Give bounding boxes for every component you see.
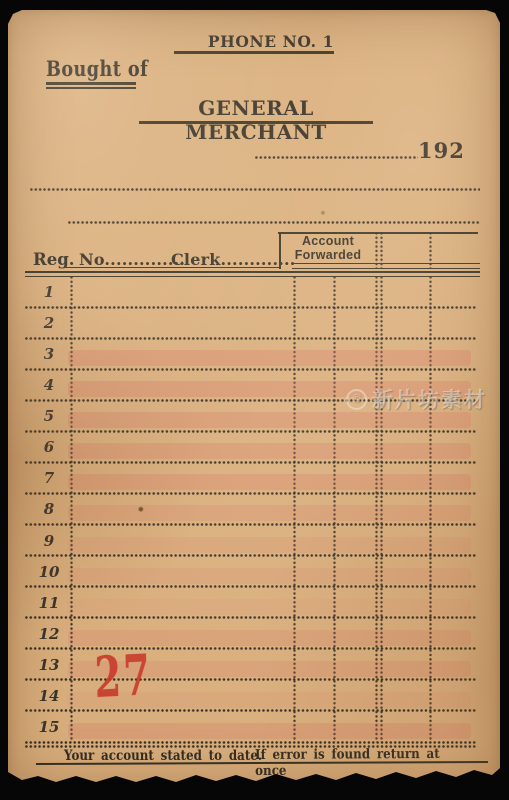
- row-number: 8: [34, 500, 64, 518]
- merchant-title: GENERAL MERCHANT: [136, 96, 376, 144]
- row-number: 1: [34, 283, 64, 301]
- row-separator: [25, 554, 477, 557]
- row-number: 2: [34, 314, 64, 332]
- bought-of-underline-rule: [46, 82, 136, 85]
- row-number: 3: [34, 345, 64, 363]
- row-number: 6: [34, 438, 64, 456]
- merchant-underline-rule: [139, 121, 373, 124]
- row-separator: [25, 461, 477, 464]
- dotted-rule-lower: [68, 221, 480, 225]
- row-tint-band: [68, 350, 471, 366]
- row-tint-band: [68, 474, 471, 490]
- row-tint-band: [68, 537, 471, 553]
- row-number: 4: [34, 376, 64, 394]
- watermark-text: 新片坊素材: [372, 384, 487, 414]
- row-number: 12: [34, 625, 64, 643]
- bought-of-label: Bought of: [46, 56, 148, 81]
- row-separator: [25, 492, 477, 495]
- reg-underline-rule: [65, 267, 281, 269]
- account-forwarded-label-line1: Account: [281, 234, 375, 248]
- row-separator: [25, 585, 477, 588]
- row-number: 10: [34, 563, 64, 581]
- row-tint-band: [68, 723, 471, 739]
- account-box-bottom-double-rule: [292, 263, 480, 269]
- copyright-icon: ©: [346, 389, 367, 410]
- row-number: 9: [34, 532, 64, 550]
- photo-background: { "header": { "phone_label": "PHONE NO. …: [0, 0, 509, 800]
- row-separator: [25, 647, 477, 650]
- date-dotted-line: [255, 156, 418, 159]
- row-separator: [25, 368, 477, 371]
- phone-number-label: PHONE NO. 1: [175, 32, 334, 51]
- row-separator: [25, 337, 477, 340]
- year-prefix: 192: [418, 138, 465, 163]
- row-number: 5: [34, 407, 64, 425]
- row-tint-band: [68, 443, 471, 459]
- row-number: 7: [34, 469, 64, 487]
- watermark: © 新片坊素材: [346, 384, 487, 414]
- row-separator: [25, 306, 477, 309]
- row-number: 13: [34, 656, 64, 674]
- row-separator: [25, 616, 477, 619]
- red-number-stamp: 27: [94, 647, 152, 706]
- row-tint-band: [68, 599, 471, 615]
- phone-underline-rule: [174, 51, 334, 54]
- row-tint-band: [68, 568, 471, 584]
- row-number: 15: [34, 718, 64, 736]
- account-forwarded-label-line2: Forwarded: [281, 248, 375, 262]
- table-bottom-dotted-rule: [25, 741, 477, 744]
- row-tint-band: [68, 412, 471, 428]
- row-tint-band: [68, 505, 471, 521]
- row-number: 14: [34, 687, 64, 705]
- row-separator: [25, 523, 477, 526]
- row-number: 11: [34, 594, 64, 612]
- row-separator: [25, 430, 477, 433]
- bought-of-underline-rule-2: [46, 87, 136, 89]
- table-top-double-rule: [25, 271, 480, 277]
- row-separator: [25, 709, 477, 712]
- row-separator: [25, 678, 477, 681]
- receipt-paper: PHONE NO. 1 Bought of GENERAL MERCHANT 1…: [8, 10, 500, 790]
- dotted-rule-upper: [30, 188, 480, 192]
